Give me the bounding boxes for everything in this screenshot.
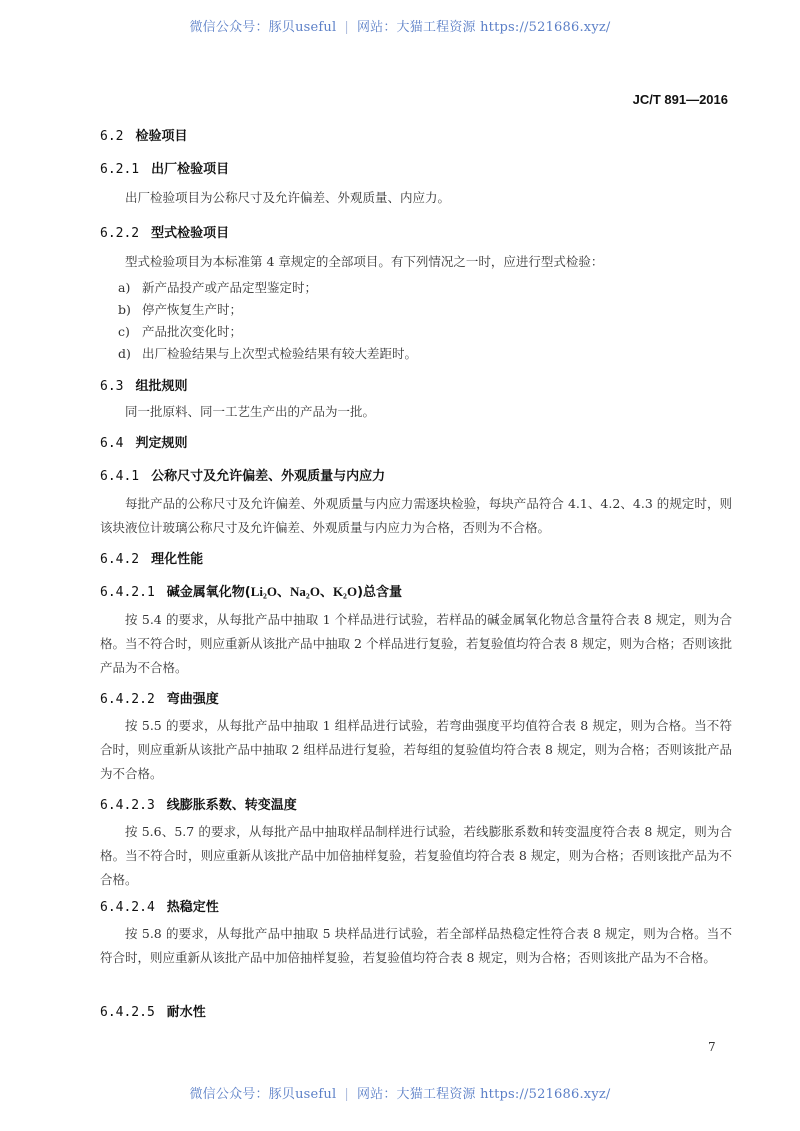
section-number: 6.4.1 <box>100 469 139 484</box>
section-title: 线膨胀系数、转变温度 <box>167 798 297 813</box>
list-marker: d) <box>118 346 142 361</box>
section-title: 理化性能 <box>151 552 203 567</box>
standard-code: JC/T 891—2016 <box>633 92 728 107</box>
heading-6-2-1: 6.2.1出厂检验项目 <box>100 158 229 177</box>
paragraph-6-4-1: 每批产品的公称尺寸及允许偏差、外观质量与内应力需逐块检验，每块产品符合 4.1、… <box>100 492 732 540</box>
heading-6-3: 6.3组批规则 <box>100 375 188 394</box>
section-number: 6.4.2.2 <box>100 692 155 707</box>
list-item-a: a)新产品投产或产品定型鉴定时； <box>118 278 317 296</box>
watermark-wechat: 微信公众号：豚贝useful <box>189 20 336 35</box>
list-marker: a) <box>118 280 142 295</box>
section-title: 热稳定性 <box>167 900 219 915</box>
heading-6-4-1: 6.4.1公称尺寸及允许偏差、外观质量与内应力 <box>100 465 385 484</box>
watermark-bottom: 微信公众号：豚贝useful|网站：大猫工程资源 https://521686.… <box>0 1083 800 1102</box>
section-title: 组批规则 <box>135 379 187 394</box>
watermark-separator: | <box>344 1087 349 1102</box>
list-text: 停产恢复生产时； <box>142 302 242 317</box>
heading-6-4-2-1: 6.4.2.1碱金属氧化物(Li₂O、Na₂O、K₂O)总含量 <box>100 581 402 600</box>
section-number: 6.4.2 <box>100 552 139 567</box>
section-title: 公称尺寸及允许偏差、外观质量与内应力 <box>151 469 385 484</box>
list-item-b: b)停产恢复生产时； <box>118 300 242 318</box>
section-title: 出厂检验项目 <box>151 162 229 177</box>
section-number: 6.2.1 <box>100 162 139 177</box>
section-number: 6.4.2.5 <box>100 1005 155 1020</box>
heading-6-4-2-3: 6.4.2.3线膨胀系数、转变温度 <box>100 794 297 813</box>
section-title: 判定规则 <box>135 436 187 451</box>
section-title: 检验项目 <box>135 129 187 144</box>
page-number: 7 <box>708 1040 716 1054</box>
chemical-formula: Li₂O、Na₂O、K₂O <box>251 584 357 599</box>
list-item-d: d)出厂检验结果与上次型式检验结果有较大差距时。 <box>118 344 417 362</box>
section-title: 耐水性 <box>167 1005 206 1020</box>
heading-6-2-2: 6.2.2型式检验项目 <box>100 222 229 241</box>
paragraph-6-4-2-3: 按 5.6、5.7 的要求，从每批产品中抽取样品制样进行试验，若线膨胀系数和转变… <box>100 820 732 892</box>
section-title-suffix: )总含量 <box>357 585 402 600</box>
list-text: 新产品投产或产品定型鉴定时； <box>142 280 317 295</box>
list-text: 产品批次变化时； <box>142 324 242 339</box>
list-marker: c) <box>118 324 142 339</box>
heading-6-4: 6.4判定规则 <box>100 432 188 451</box>
watermark-separator: | <box>344 20 349 35</box>
watermark-wechat: 微信公众号：豚贝useful <box>189 1087 336 1102</box>
paragraph-6-4-2-2: 按 5.5 的要求，从每批产品中抽取 1 组样品进行试验，若弯曲强度平均值符合表… <box>100 714 732 786</box>
watermark-website: 网站：大猫工程资源 https://521686.xyz/ <box>357 1087 611 1102</box>
heading-6-4-2-2: 6.4.2.2弯曲强度 <box>100 688 219 707</box>
section-number: 6.4.2.1 <box>100 585 155 600</box>
paragraph-6-2-2: 型式检验项目为本标准第 4 章规定的全部项目。有下列情况之一时，应进行型式检验： <box>100 250 732 274</box>
section-number: 6.4 <box>100 436 123 451</box>
list-marker: b) <box>118 302 142 317</box>
section-number: 6.2 <box>100 129 123 144</box>
watermark-top: 微信公众号：豚贝useful|网站：大猫工程资源 https://521686.… <box>0 16 800 35</box>
list-text: 出厂检验结果与上次型式检验结果有较大差距时。 <box>142 346 417 361</box>
heading-6-4-2: 6.4.2理化性能 <box>100 548 203 567</box>
paragraph-6-4-2-4: 按 5.8 的要求，从每批产品中抽取 5 块样品进行试验，若全部样品热稳定性符合… <box>100 922 732 970</box>
section-number: 6.4.2.3 <box>100 798 155 813</box>
watermark-website: 网站：大猫工程资源 https://521686.xyz/ <box>357 20 611 35</box>
section-number: 6.3 <box>100 379 123 394</box>
paragraph-6-4-2-1: 按 5.4 的要求，从每批产品中抽取 1 个样品进行试验，若样品的碱金属氧化物总… <box>100 608 732 680</box>
heading-6-4-2-4: 6.4.2.4热稳定性 <box>100 896 219 915</box>
section-title: 型式检验项目 <box>151 226 229 241</box>
heading-6-2: 6.2检验项目 <box>100 125 188 144</box>
heading-6-4-2-5: 6.4.2.5耐水性 <box>100 1001 206 1020</box>
section-title: 弯曲强度 <box>167 692 219 707</box>
section-number: 6.2.2 <box>100 226 139 241</box>
section-title-prefix: 碱金属氧化物( <box>167 585 251 600</box>
paragraph-6-2-1: 出厂检验项目为公称尺寸及允许偏差、外观质量、内应力。 <box>100 186 732 210</box>
list-item-c: c)产品批次变化时； <box>118 322 242 340</box>
section-number: 6.4.2.4 <box>100 900 155 915</box>
paragraph-6-3: 同一批原料、同一工艺生产出的产品为一批。 <box>100 400 732 424</box>
